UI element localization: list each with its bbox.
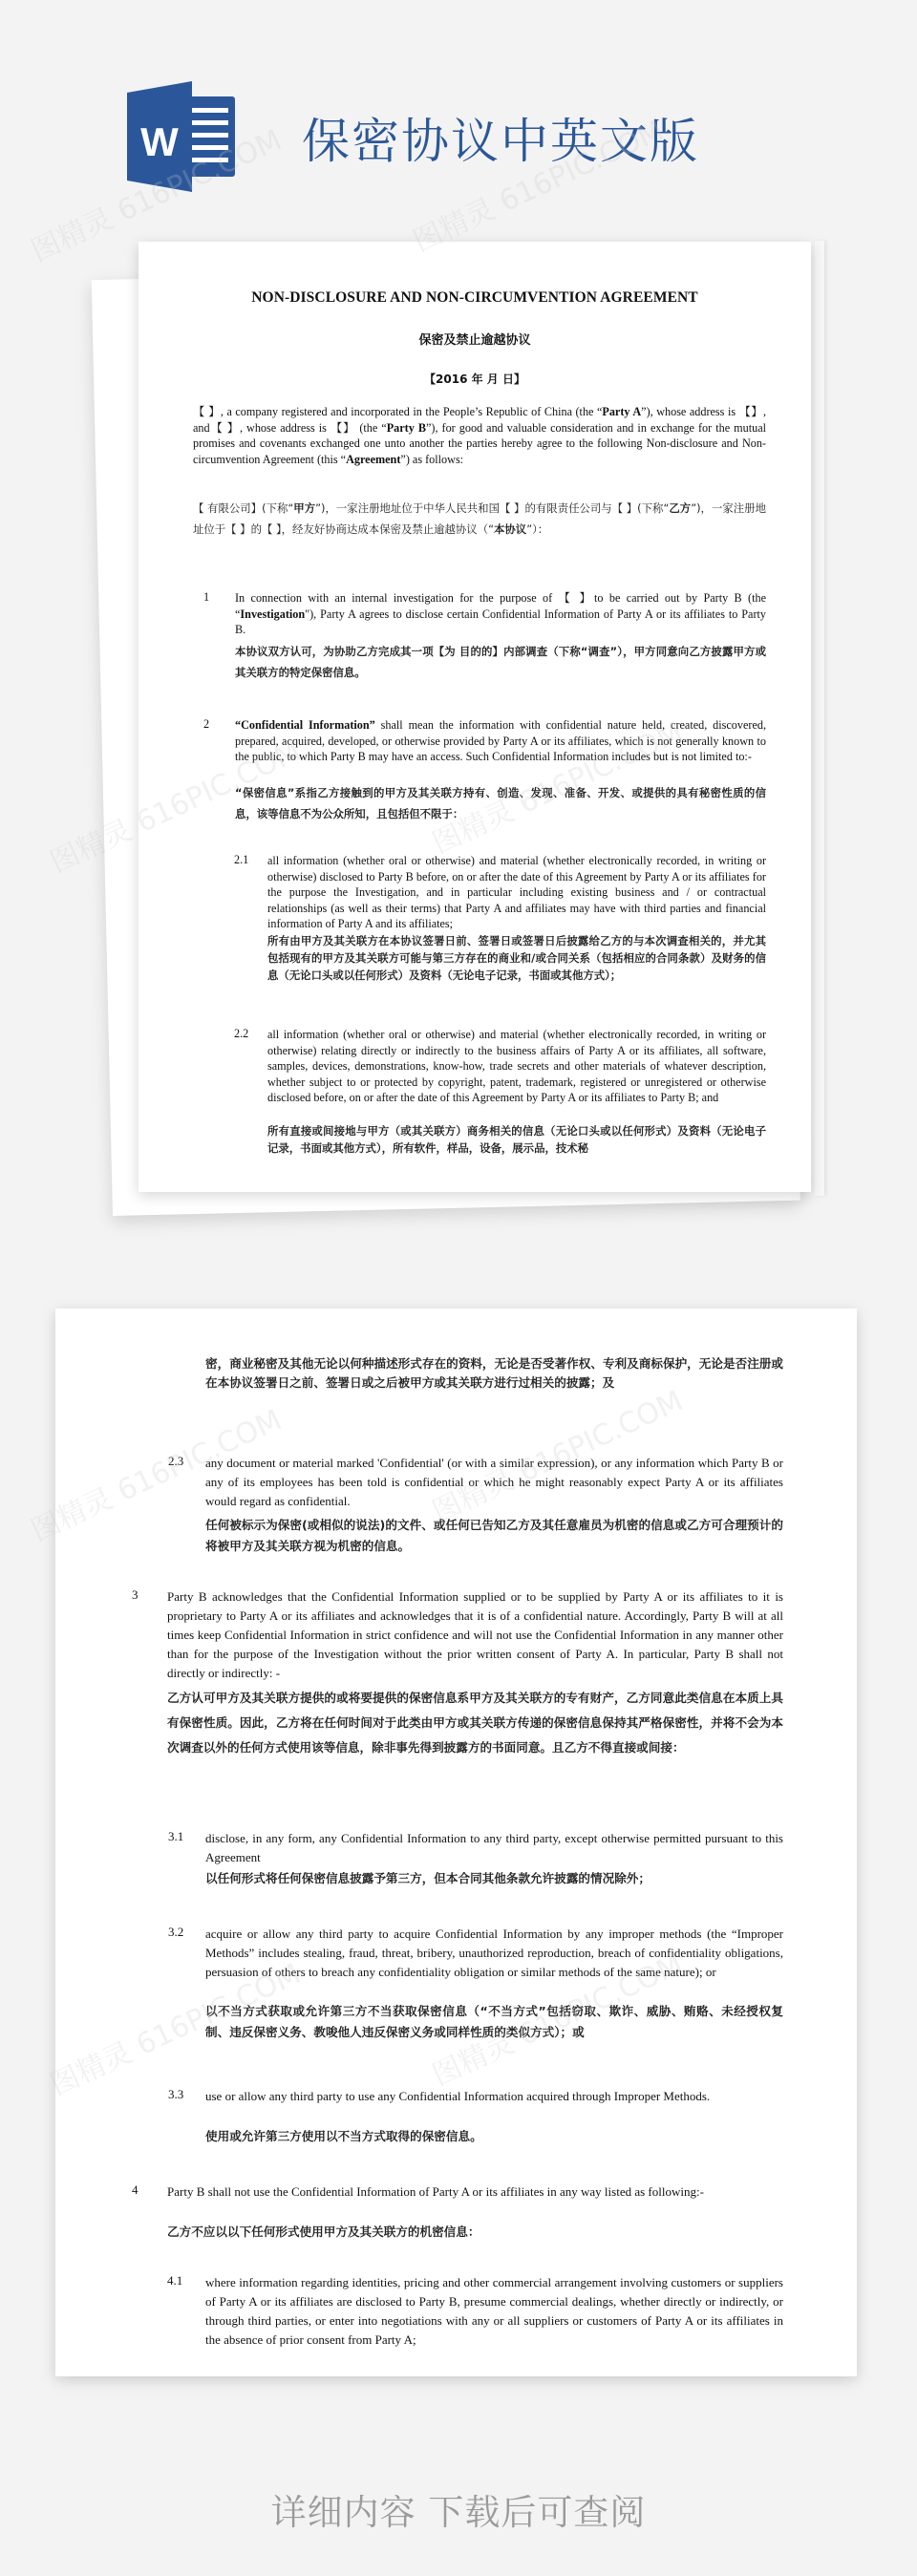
- preamble-zh: 【 有限公司】(下称“甲方”)，一家注册地址位于中华人民共和国【 】的有限责任公…: [193, 498, 766, 540]
- clause-4-en: Party B shall not use the Confidential I…: [167, 2182, 783, 2202]
- preamble-en: 【 】, a company registered and incorporat…: [193, 404, 766, 467]
- clause-3-zh: 乙方认可甲方及其关联方提供的或将要提供的保密信息系甲方及其关联方的专有财产，乙方…: [167, 1686, 783, 1760]
- doc-date: 【2016 年 月 日】: [139, 371, 811, 387]
- continued-zh: 密，商业秘密及其他无论以何种描述形式存在的资料，无论是否受著作权、专利及商标保护…: [205, 1354, 783, 1393]
- subclause-number: 2.1: [234, 853, 248, 867]
- document-page-1: NON-DISCLOSURE AND NON-CIRCUMVENTION AGR…: [139, 242, 811, 1192]
- subclause-2-2-en: all information (whether oral or otherwi…: [267, 1027, 766, 1106]
- clause-2-en: “Confidential Information” shall mean th…: [235, 717, 766, 765]
- header: W 保密协议中英文版: [0, 0, 917, 239]
- subclause-3-1-en: disclose, in any form, any Confidential …: [205, 1829, 783, 1867]
- subclause-3-3-zh: 使用或允许第三方使用以不当方式取得的保密信息。: [205, 2125, 783, 2148]
- subclause-3-2-zh: 以不当方式获取或允许第三方不当获取保密信息（“不当方式”包括窃取、欺诈、威胁、贿…: [205, 2001, 783, 2043]
- clause-number: 4: [132, 2182, 139, 2198]
- clause-4-zh: 乙方不应以以下任何形式使用甲方及其关联方的机密信息：: [167, 2221, 783, 2244]
- subclause-3-3-en: use or allow any third party to use any …: [205, 2087, 783, 2106]
- subclause-number: 3.1: [168, 1829, 183, 1844]
- subclause-2-3-en: any document or material marked 'Confide…: [205, 1454, 783, 1511]
- subclause-number: 3.2: [168, 1925, 183, 1940]
- subclause-3-1-zh: 以任何形式将任何保密信息披露予第三方，但本合同其他条款允许披露的情况除外；: [205, 1867, 783, 1890]
- subclause-number: 4.1: [167, 2273, 182, 2289]
- clause-1-en: In connection with an internal investiga…: [235, 590, 766, 638]
- document-page-2: 密，商业秘密及其他无论以何种描述形式存在的资料，无论是否受著作权、专利及商标保护…: [55, 1309, 857, 2376]
- subclause-2-3-zh: 任何被标示为保密(或相似的说法)的文件、或任何已告知乙方及其任意雇员为机密的信息…: [205, 1515, 783, 1557]
- clause-number: 1: [203, 590, 209, 605]
- subclause-2-2-zh: 所有直接或间接地与甲方（或其关联方）商务相关的信息（无论口头或以任何形式）及资料…: [267, 1122, 766, 1157]
- clause-2-zh: “保密信息”系指乙方接触到的甲方及其关联方持有、创造、发现、准备、开发、或提供的…: [235, 782, 766, 824]
- clause-number: 3: [132, 1587, 139, 1603]
- subclause-3-2-en: acquire or allow any third party to acqu…: [205, 1925, 783, 1982]
- subclause-number: 3.3: [168, 2087, 183, 2102]
- subclause-number: 2.3: [168, 1454, 183, 1469]
- subclause-2-1-zh: 所有由甲方及其关联方在本协议签署日前、签署日或签署日后披露给乙方的与本次调查相关…: [267, 932, 766, 984]
- back-sheet-edge: [815, 241, 824, 1196]
- clause-3-en: Party B acknowledges that the Confidenti…: [167, 1587, 783, 1683]
- subclause-4-1-en: where information regarding identities, …: [205, 2273, 783, 2350]
- download-hint: 详细内容 下载后可查阅: [0, 2483, 917, 2535]
- subclause-number: 2.2: [234, 1027, 248, 1041]
- doc-title-zh: 保密及禁止逾越协议: [139, 330, 811, 348]
- svg-text:W: W: [140, 119, 179, 164]
- subclause-2-1-en: all information (whether oral or otherwi…: [267, 853, 766, 932]
- doc-title-en: NON-DISCLOSURE AND NON-CIRCUMVENTION AGR…: [139, 289, 811, 307]
- clause-number: 2: [203, 717, 209, 732]
- page-title: 保密协议中英文版: [302, 103, 699, 172]
- clause-1-zh: 本协议双方认可，为协助乙方完成其一项【为 目的的】内部调查（下称“调查”），甲方…: [235, 641, 766, 683]
- word-icon: W: [127, 81, 237, 192]
